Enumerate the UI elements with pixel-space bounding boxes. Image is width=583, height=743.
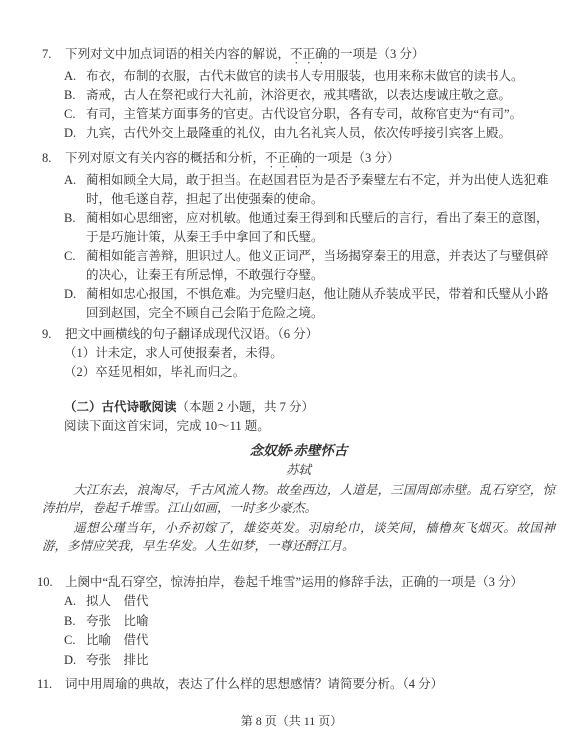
question-10: 10. 上阕中“乱石穿空，惊涛拍岸，卷起千堆雪”运用的修辞手法，正确的一项是（3…	[37, 573, 555, 670]
q10-option-d: D. 夸张 排比	[64, 651, 555, 671]
poem-title: 念奴娇·赤壁怀古	[42, 442, 555, 459]
q7-stem-emphasis: 不正确	[290, 47, 328, 61]
question-11-stem: 词中用周瑜的典故，表达了什么样的思想感情？请简要分析。（4 分）	[65, 675, 555, 694]
poem-stanza-1: 大江东去，浪淘尽，千古风流人物。故垒西边，人道是，三国周郎赤壁。乱石穿空，惊涛拍…	[42, 482, 555, 517]
option-text: 拟人 借代	[86, 592, 555, 612]
section-2-note: （本题 2 小题，共 7 分）	[177, 400, 315, 414]
question-8-stem: 下列对原文有关内容的概括和分析，不正确的一项是（3 分）	[65, 149, 555, 171]
option-label: B.	[64, 612, 86, 632]
option-label: A.	[64, 171, 86, 209]
q7-option-a: A. 布衣，布制的衣服，古代未做官的读书人专用服装，也用来称未做官的读书人。	[64, 67, 555, 86]
q10-option-c: C. 比喻 借代	[64, 631, 555, 651]
question-7-body: 下列对文中加点词语的相关内容的解说，不正确的一项是（3 分）	[65, 45, 555, 67]
option-text: 夸张 排比	[86, 651, 555, 671]
question-7-number: 7.	[42, 45, 65, 67]
option-text: 九宾，古代外交上最隆重的礼仪，由九名礼宾人员，依次传呼接引宾客上殿。	[86, 124, 555, 143]
poem-stanza-2: 遥想公瑾当年，小乔初嫁了，雄姿英发。羽扇纶巾，谈笑间，樯橹灰飞烟灭。故国神游，多…	[42, 520, 555, 555]
page-number-footer: 第 8 页（共 11 页）	[0, 712, 583, 731]
option-label: D.	[64, 651, 86, 671]
option-text: 斋戒，古人在祭祀或行大礼前，沐浴更衣，戒其嗜欲，以表达虔诚庄敬之意。	[86, 86, 555, 105]
q9-sentence-2: （2）卒廷见相如，毕礼而归之。	[64, 363, 555, 382]
question-11-number: 11.	[37, 675, 65, 694]
option-label: B.	[64, 209, 86, 247]
question-9-number: 9.	[42, 325, 65, 344]
q8-option-c: C. 蔺相如能言善辩，胆识过人。他义正词严，当场揭穿秦王的用意，并表达了与璧俱碎…	[64, 247, 555, 285]
section-2-title: （二）古代诗歌阅读	[64, 400, 177, 414]
question-10-stem: 上阕中“乱石穿空，惊涛拍岸，卷起千堆雪”运用的修辞手法，正确的一项是（3 分）	[65, 573, 555, 592]
option-text: 夸张 比喻	[86, 612, 555, 632]
question-8: 8. 下列对原文有关内容的概括和分析，不正确的一项是（3 分）	[42, 149, 555, 171]
q7-stem-pre: 下列对文中加点词语的相关内容的解说，	[65, 47, 290, 61]
q8-stem-emphasis: 不正确	[265, 151, 303, 165]
q10-option-a: A. 拟人 借代	[64, 592, 555, 612]
question-8-number: 8.	[42, 149, 65, 171]
option-label: B.	[64, 86, 86, 105]
q8-option-a: A. 蔺相如顾全大局，敢于担当。在赵国君臣为是否予秦璧左右不定，并为出使人选犯难…	[64, 171, 555, 209]
question-7: 7. 下列对文中加点词语的相关内容的解说，不正确的一项是（3 分）	[42, 45, 555, 67]
option-text: 蔺相如顾全大局，敢于担当。在赵国君臣为是否予秦璧左右不定，并为出使人选犯难时，他…	[86, 171, 555, 209]
exam-page: 7. 下列对文中加点词语的相关内容的解说，不正确的一项是（3 分） A. 布衣，…	[0, 0, 583, 743]
q8-stem-post: 的一项是（3 分）	[303, 151, 400, 165]
option-text: 有司，主管某方面事务的官吏。古代设官分职，各有专司，故称官吏为“有司”。	[86, 105, 555, 124]
section-2-intro: 阅读下面这首宋词，完成 10～11 题。	[64, 417, 555, 436]
option-label: C.	[64, 631, 86, 651]
q8-option-d: D. 蔺相如忠心报国，不惧危难。为完璧归赵，他让随从乔装成平民，带着和氏璧从小路…	[64, 285, 555, 323]
question-9-stem: 把文中画横线的句子翻译成现代汉语。（6 分）	[65, 325, 555, 344]
q10-option-b: B. 夸张 比喻	[64, 612, 555, 632]
option-text: 蔺相如忠心报国，不惧危难。为完璧归赵，他让随从乔装成平民，带着和氏璧从小路回到赵…	[86, 285, 555, 323]
q7-option-d: D. 九宾，古代外交上最隆重的礼仪，由九名礼宾人员，依次传呼接引宾客上殿。	[64, 124, 555, 143]
option-label: C.	[64, 247, 86, 285]
option-label: D.	[64, 124, 86, 143]
q9-sentence-1: （1）计未定，求人可使报秦者，未得。	[64, 344, 555, 363]
option-text: 布衣，布制的衣服，古代未做官的读书人专用服装，也用来称未做官的读书人。	[86, 67, 555, 86]
question-10-number: 10.	[37, 573, 65, 592]
question-11: 11. 词中用周瑜的典故，表达了什么样的思想感情？请简要分析。（4 分）	[37, 675, 555, 694]
option-label: A.	[64, 67, 86, 86]
option-label: D.	[64, 285, 86, 323]
q8-option-b: B. 蔺相如心思细密，应对机敏。他通过秦王得到和氏璧后的言行，看出了秦王的意图，…	[64, 209, 555, 247]
question-8-body: 下列对原文有关内容的概括和分析，不正确的一项是（3 分）	[65, 149, 555, 171]
q7-option-c: C. 有司，主管某方面事务的官吏。古代设官分职，各有专司，故称官吏为“有司”。	[64, 105, 555, 124]
option-label: C.	[64, 105, 86, 124]
poem-author: 苏轼	[42, 462, 555, 479]
question-7-stem: 下列对文中加点词语的相关内容的解说，不正确的一项是（3 分）	[65, 45, 555, 67]
section-2-header: （二）古代诗歌阅读（本题 2 小题，共 7 分）	[64, 398, 555, 417]
q8-stem-pre: 下列对原文有关内容的概括和分析，	[65, 151, 265, 165]
option-text: 比喻 借代	[86, 631, 555, 651]
q7-stem-post: 的一项是（3 分）	[328, 47, 425, 61]
option-text: 蔺相如心思细密，应对机敏。他通过秦王得到和氏璧后的言行，看出了秦王的意图，于是巧…	[86, 209, 555, 247]
option-text: 蔺相如能言善辩，胆识过人。他义正词严，当场揭穿秦王的用意，并表达了与璧俱碎的决心…	[86, 247, 555, 285]
question-9: 9. 把文中画横线的句子翻译成现代汉语。（6 分）	[42, 325, 555, 344]
q7-option-b: B. 斋戒，古人在祭祀或行大礼前，沐浴更衣，戒其嗜欲，以表达虔诚庄敬之意。	[64, 86, 555, 105]
option-label: A.	[64, 592, 86, 612]
